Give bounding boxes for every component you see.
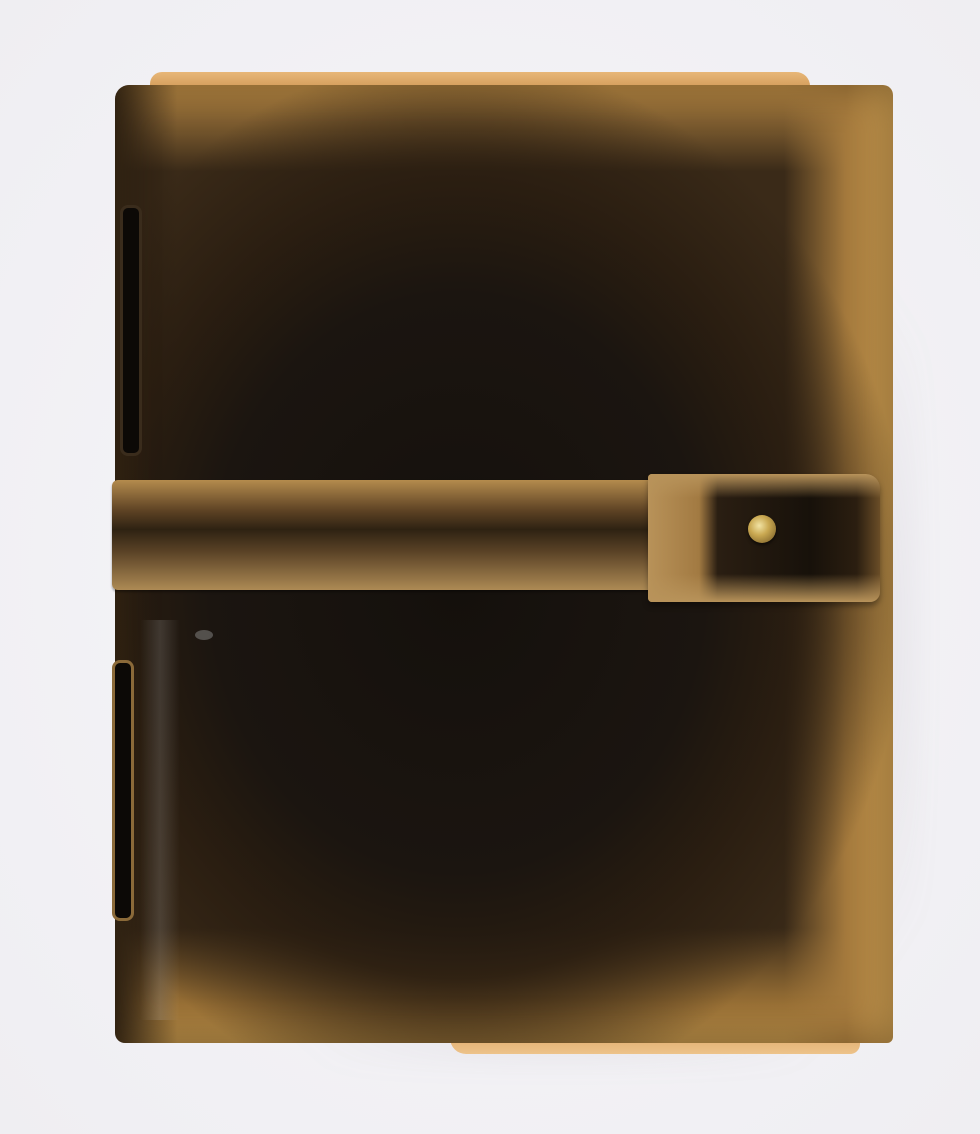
leather-strap — [112, 480, 657, 590]
spine-stitch-lower — [112, 660, 134, 921]
spine-highlight — [140, 620, 180, 1020]
spine-stitch-upper — [120, 205, 142, 456]
brass-stud-icon — [748, 515, 776, 543]
leather-scuff — [195, 630, 213, 640]
